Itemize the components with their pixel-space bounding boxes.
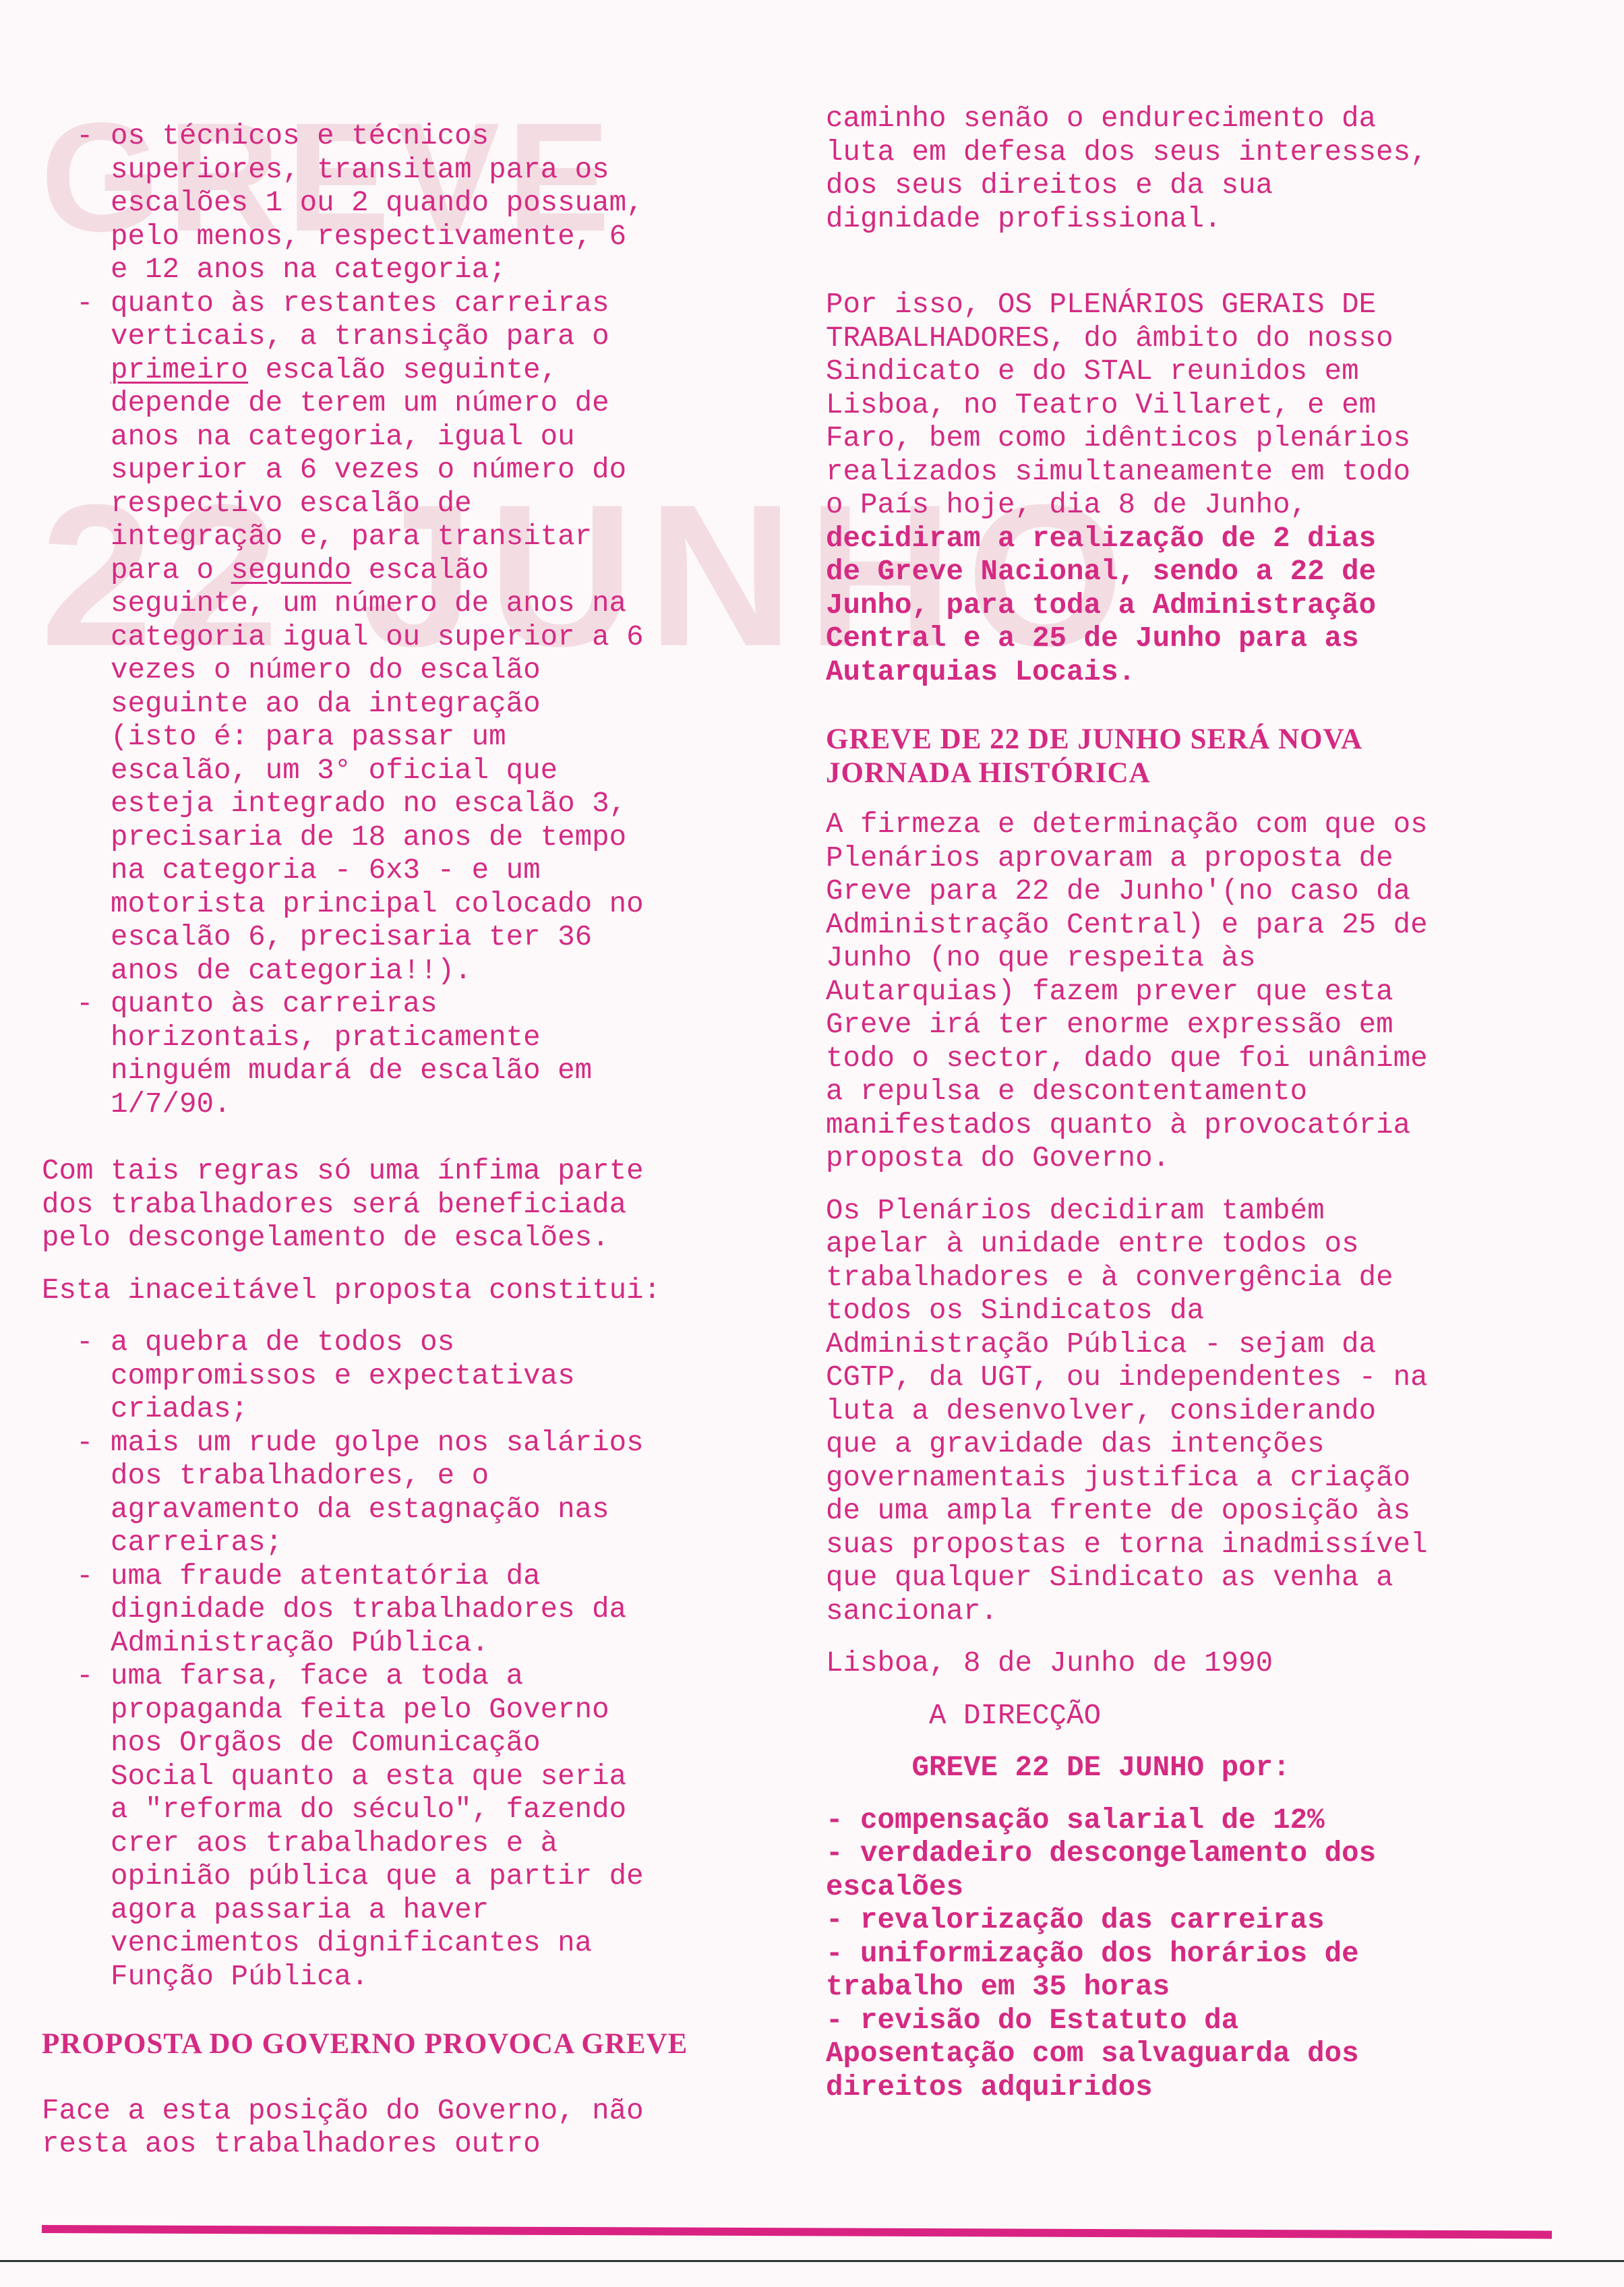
- paragraph-line: de Greve Nacional, sendo a 22 de: [826, 556, 1588, 589]
- demand-item: - verdadeiro descongelamento dos: [826, 1837, 1588, 1871]
- right-column: caminho senão o endurecimento daluta em …: [826, 102, 1588, 2104]
- bullet-line: respectivo escalão de: [42, 487, 777, 521]
- paragraph-line: realizados simultaneamente em todo: [826, 456, 1588, 489]
- bullet-line: seguinte ao da integração: [42, 688, 777, 721]
- bullet-line: - quanto às restantes carreiras: [42, 287, 777, 321]
- bullet-line: escalão 6, precisaria ter 36: [42, 921, 777, 955]
- spacer: [826, 270, 1588, 289]
- bullet-text: integração e, para transitar: [111, 521, 592, 553]
- underlined-word: segundo: [231, 554, 352, 587]
- bullet-line: - a quebra de todos os: [42, 1326, 777, 1360]
- demand-item: - revisão do Estatuto da: [826, 2004, 1588, 2038]
- paragraph-line: A firmeza e determinação com que os: [826, 808, 1588, 842]
- bullet-line: integração e, para transitar: [42, 521, 777, 554]
- bullet-text: propaganda feita pelo Governo: [111, 1694, 609, 1726]
- bullet-line: horizontais, praticamente: [42, 1021, 777, 1055]
- section-heading-jornada: JORNADA HISTÓRICA: [826, 756, 1588, 790]
- section-heading-proposta: PROPOSTA DO GOVERNO PROVOCA GREVE: [42, 2027, 777, 2061]
- bullet-line: Função Pública.: [42, 1961, 777, 1994]
- bullet-text: depende de terem um número de: [111, 387, 609, 419]
- bullet-text: superior a 6 vezes o número do: [111, 454, 626, 486]
- bullet-text: Social quanto a esta que seria: [111, 1760, 626, 1793]
- bullet-text: respectivo escalão de: [111, 487, 472, 520]
- bullet-text: escalões 1 ou 2 quando possuam,: [111, 187, 644, 219]
- paragraph-line: governamentais justifica a criação: [826, 1462, 1588, 1495]
- spacer: [42, 1255, 777, 1274]
- bullet-line: - uma fraude atentatória da: [42, 1560, 777, 1594]
- bullet-line: a "reforma do século", fazendo: [42, 1793, 777, 1827]
- dateline: Lisboa, 8 de Junho de 1990: [826, 1647, 1588, 1681]
- bullet-text: 1/7/90.: [111, 1088, 231, 1121]
- bullet-line: - os técnicos e técnicos: [42, 120, 777, 154]
- paragraph-line: manifestados quanto à provocatória: [826, 1109, 1588, 1143]
- paragraph-line: Administração Central) e para 25 de: [826, 909, 1588, 943]
- bullet-text: ninguém mudará de escalão em: [111, 1055, 592, 1087]
- bullet-text: uma farsa, face a toda a: [111, 1660, 523, 1692]
- paragraph-line: Greve para 22 de Junho'(no caso da: [826, 875, 1588, 909]
- bullet-text: dos trabalhadores, e o: [111, 1460, 489, 1492]
- bullet-line: depende de terem um número de: [42, 387, 777, 421]
- bullet-line: superiores, transitam para os: [42, 154, 777, 187]
- paragraph-line: Faro, bem como idênticos plenários: [826, 422, 1588, 456]
- paragraph-line: suas propostas e torna inadmissível: [826, 1528, 1588, 1562]
- bullet-line: criadas;: [42, 1393, 777, 1427]
- paragraph-line: dos trabalhadores será beneficiada: [42, 1189, 777, 1222]
- bullet-text: Administração Pública.: [111, 1627, 489, 1659]
- spacer: [826, 1681, 1588, 1700]
- bullet-text: (isto é: para passar um: [111, 721, 506, 753]
- paragraph-line: que qualquer Sindicato as venha a: [826, 1562, 1588, 1595]
- spacer: [826, 790, 1588, 808]
- page-edge-line: [0, 2260, 1624, 2262]
- bullet-text: quanto às carreiras: [111, 988, 438, 1020]
- section-heading-jornada: GREVE DE 22 DE JUNHO SERÁ NOVA: [826, 723, 1588, 756]
- bullet-line: agora passaria a haver: [42, 1894, 777, 1928]
- bullet-text: anos na categoria, igual ou: [111, 421, 575, 453]
- bullet-line: vencimentos dignificantes na: [42, 1927, 777, 1961]
- bullet-line: na categoria - 6x3 - e um: [42, 854, 777, 888]
- signature: A DIRECÇÃO: [826, 1700, 1588, 1733]
- bullet-line: primeiro escalão seguinte,: [42, 354, 777, 388]
- demand-item: - revalorização das carreiras: [826, 1904, 1588, 1938]
- paragraph-line: que a gravidade das intenções: [826, 1428, 1588, 1462]
- bottom-pink-rule: [42, 2225, 1552, 2239]
- bullet-text: escalão 6, precisaria ter 36: [111, 921, 592, 953]
- bullet-text: opinião pública que a partir de: [111, 1860, 644, 1893]
- bullet-line: nos Orgãos de Comunicação: [42, 1727, 777, 1760]
- spacer: [826, 1176, 1588, 1195]
- bullet-line: agravamento da estagnação nas: [42, 1493, 777, 1527]
- paragraph-line: Junho, para toda a Administração: [826, 589, 1588, 623]
- bullet-line: e 12 anos na categoria;: [42, 254, 777, 287]
- spacer: [42, 2061, 777, 2095]
- paragraph-line: de uma ampla frente de oposição às: [826, 1495, 1588, 1528]
- paragraph-line: Por isso, OS PLENÁRIOS GERAIS DE: [826, 289, 1588, 322]
- paragraph-line: sancionar.: [826, 1595, 1588, 1629]
- bullet-line: dignidade dos trabalhadores da: [42, 1593, 777, 1627]
- spacer: [826, 1733, 1588, 1752]
- paragraph-line: CGTP, da UGT, ou independentes - na: [826, 1361, 1588, 1395]
- bullet-text: a "reforma do século", fazendo: [111, 1793, 626, 1826]
- paragraph-line: TRABALHADORES, do âmbito do nosso: [826, 322, 1588, 356]
- spacer: [826, 236, 1588, 270]
- bullet-line: precisaria de 18 anos de tempo: [42, 821, 777, 855]
- paragraph-line: Sindicato e do STAL reunidos em: [826, 355, 1588, 389]
- paragraph-line: pelo descongelamento de escalões.: [42, 1222, 777, 1255]
- spacer: [42, 1121, 777, 1155]
- bullet-line: escalões 1 ou 2 quando possuam,: [42, 187, 777, 220]
- paragraph-line: Junho (no que respeita às: [826, 942, 1588, 976]
- demand-item: escalões: [826, 1871, 1588, 1905]
- bullet-text: categoria igual ou superior a 6: [111, 621, 644, 653]
- demands-heading-text: GREVE 22 DE JUNHO por:: [912, 1752, 1290, 1784]
- bullet-text: compromissos e expectativas: [111, 1360, 575, 1392]
- bullet-text: verticais, a transição para o: [111, 320, 609, 353]
- paragraph-line: Lisboa, no Teatro Villaret, e em: [826, 389, 1588, 423]
- bullet-text: motorista principal colocado no: [111, 888, 644, 920]
- bullet-line: 1/7/90.: [42, 1088, 777, 1122]
- bullet-line: - mais um rude golpe nos salários: [42, 1427, 777, 1460]
- signature-text: A DIRECÇÃO: [929, 1700, 1101, 1732]
- bullet-text: anos de categoria!!).: [111, 955, 472, 987]
- bullet-text: escalão, um 3° oficial que: [111, 754, 558, 787]
- paragraph-line: trabalhadores e à convergência de: [826, 1261, 1588, 1295]
- bullet-text: dignidade dos trabalhadores da: [111, 1593, 626, 1626]
- bullet-line: crer aos trabalhadores e à: [42, 1827, 777, 1861]
- paragraph-line: resta aos trabalhadores outro: [42, 2128, 777, 2162]
- paragraph-line: decidiram a realização de 2 dias: [826, 523, 1588, 556]
- paragraph-line: dos seus direitos e da sua: [826, 169, 1588, 203]
- demand-item: - uniformização dos horários de: [826, 1938, 1588, 1971]
- bullet-line: - quanto às carreiras: [42, 988, 777, 1021]
- bullet-text: quanto às restantes carreiras: [111, 287, 609, 320]
- bullet-text: primeiro escalão seguinte,: [111, 354, 558, 386]
- paragraph-line: Com tais regras só uma ínfima parte: [42, 1155, 777, 1189]
- demand-item: trabalho em 35 horas: [826, 1971, 1588, 2004]
- bullet-text: uma fraude atentatória da: [111, 1560, 541, 1593]
- bullet-line: verticais, a transição para o: [42, 320, 777, 354]
- bullet-text: esteja integrado no escalão 3,: [111, 788, 626, 820]
- paragraph-line: Administração Pública - sejam da: [826, 1328, 1588, 1362]
- bullet-line: categoria igual ou superior a 6: [42, 621, 777, 655]
- bullet-line: propaganda feita pelo Governo: [42, 1694, 777, 1727]
- bullet-text: seguinte, um número de anos na: [111, 587, 626, 620]
- paragraph-line: Plenários aprovaram a proposta de: [826, 842, 1588, 876]
- bullet-text: para o segundo escalão: [111, 554, 489, 587]
- bullet-line: compromissos e expectativas: [42, 1360, 777, 1394]
- bullet-text: agora passaria a haver: [111, 1894, 489, 1926]
- left-column: - os técnicos e técnicos superiores, tra…: [42, 120, 777, 2162]
- bullet-line: esteja integrado no escalão 3,: [42, 788, 777, 821]
- bullet-text: carreiras;: [111, 1526, 282, 1559]
- bullet-line: escalão, um 3° oficial que: [42, 754, 777, 788]
- bullet-text: precisaria de 18 anos de tempo: [111, 821, 626, 854]
- spacer: [826, 1628, 1588, 1647]
- paragraph-line: luta em defesa dos seus interesses,: [826, 136, 1588, 170]
- demand-item: - compensação salarial de 12%: [826, 1804, 1588, 1838]
- bullet-line: ninguém mudará de escalão em: [42, 1055, 777, 1088]
- spacer: [42, 1994, 777, 2027]
- paragraph-line: luta a desenvolver, considerando: [826, 1395, 1588, 1429]
- demands-heading: GREVE 22 DE JUNHO por:: [826, 1752, 1588, 1785]
- demand-item: Aposentação com salvaguarda dos: [826, 2038, 1588, 2071]
- paragraph-line: Autarquias) fazem prever que esta: [826, 976, 1588, 1009]
- bullet-text: os técnicos e técnicos: [111, 120, 489, 152]
- paragraph-line: Os Plenários decidiram também: [826, 1195, 1588, 1228]
- paragraph-line: a repulsa e descontentamento: [826, 1075, 1588, 1109]
- bullet-line: carreiras;: [42, 1526, 777, 1560]
- bullet-line: (isto é: para passar um: [42, 721, 777, 754]
- paragraph-line: o País hoje, dia 8 de Junho,: [826, 489, 1588, 523]
- bullet-line: Social quanto a esta que seria: [42, 1760, 777, 1794]
- bullet-text: vencimentos dignificantes na: [111, 1927, 592, 1959]
- bullet-line: para o segundo escalão: [42, 554, 777, 588]
- demand-item: direitos adquiridos: [826, 2071, 1588, 2105]
- paragraph-line: dignidade profissional.: [826, 203, 1588, 237]
- spacer: [826, 689, 1588, 723]
- bullet-text: crer aos trabalhadores e à: [111, 1827, 558, 1860]
- bullet-line: anos na categoria, igual ou: [42, 421, 777, 454]
- paragraph-line: todo o sector, dado que foi unânime: [826, 1042, 1588, 1076]
- bullet-text: mais um rude golpe nos salários: [111, 1427, 644, 1459]
- bullet-text: na categoria - 6x3 - e um: [111, 854, 541, 887]
- paragraph-line: Greve irá ter enorme expressão em: [826, 1009, 1588, 1042]
- underlined-word: primeiro: [111, 354, 248, 386]
- bullet-line: opinião pública que a partir de: [42, 1860, 777, 1894]
- bullet-line: motorista principal colocado no: [42, 888, 777, 922]
- bullet-text: agravamento da estagnação nas: [111, 1493, 609, 1526]
- bullet-text: superiores, transitam para os: [111, 154, 609, 186]
- bullet-text: nos Orgãos de Comunicação: [111, 1727, 541, 1759]
- bullet-line: superior a 6 vezes o número do: [42, 454, 777, 487]
- bullet-line: dos trabalhadores, e o: [42, 1460, 777, 1493]
- paragraph-line: Autarquias Locais.: [826, 656, 1588, 690]
- bullet-line: anos de categoria!!).: [42, 955, 777, 988]
- paragraph-line: caminho senão o endurecimento da: [826, 102, 1588, 136]
- bullet-line: vezes o número do escalão: [42, 654, 777, 688]
- spacer: [826, 1785, 1588, 1804]
- bullet-line: - uma farsa, face a toda a: [42, 1660, 777, 1694]
- bullet-text: vezes o número do escalão: [111, 654, 541, 686]
- paragraph-line: Central e a 25 de Junho para as: [826, 622, 1588, 656]
- bullet-text: a quebra de todos os: [111, 1326, 454, 1359]
- paragraph-line: Face a esta posição do Governo, não: [42, 2095, 777, 2129]
- paragraph-line: todos os Sindicatos da: [826, 1295, 1588, 1328]
- bullet-text: criadas;: [111, 1393, 248, 1425]
- bullet-line: seguinte, um número de anos na: [42, 587, 777, 621]
- paragraph-line: apelar à unidade entre todos os: [826, 1228, 1588, 1261]
- bullet-text: e 12 anos na categoria;: [111, 254, 506, 286]
- bullet-line: pelo menos, respectivamente, 6: [42, 220, 777, 254]
- paragraph-line: proposta do Governo.: [826, 1142, 1588, 1176]
- bullet-text: pelo menos, respectivamente, 6: [111, 220, 626, 253]
- constitui-lead: Esta inaceitável proposta constitui:: [42, 1274, 777, 1308]
- bullet-line: Administração Pública.: [42, 1627, 777, 1661]
- spacer: [42, 1307, 777, 1326]
- bullet-text: Função Pública.: [111, 1961, 369, 1993]
- bullet-text: horizontais, praticamente: [111, 1021, 541, 1054]
- bullet-text: seguinte ao da integração: [111, 688, 541, 720]
